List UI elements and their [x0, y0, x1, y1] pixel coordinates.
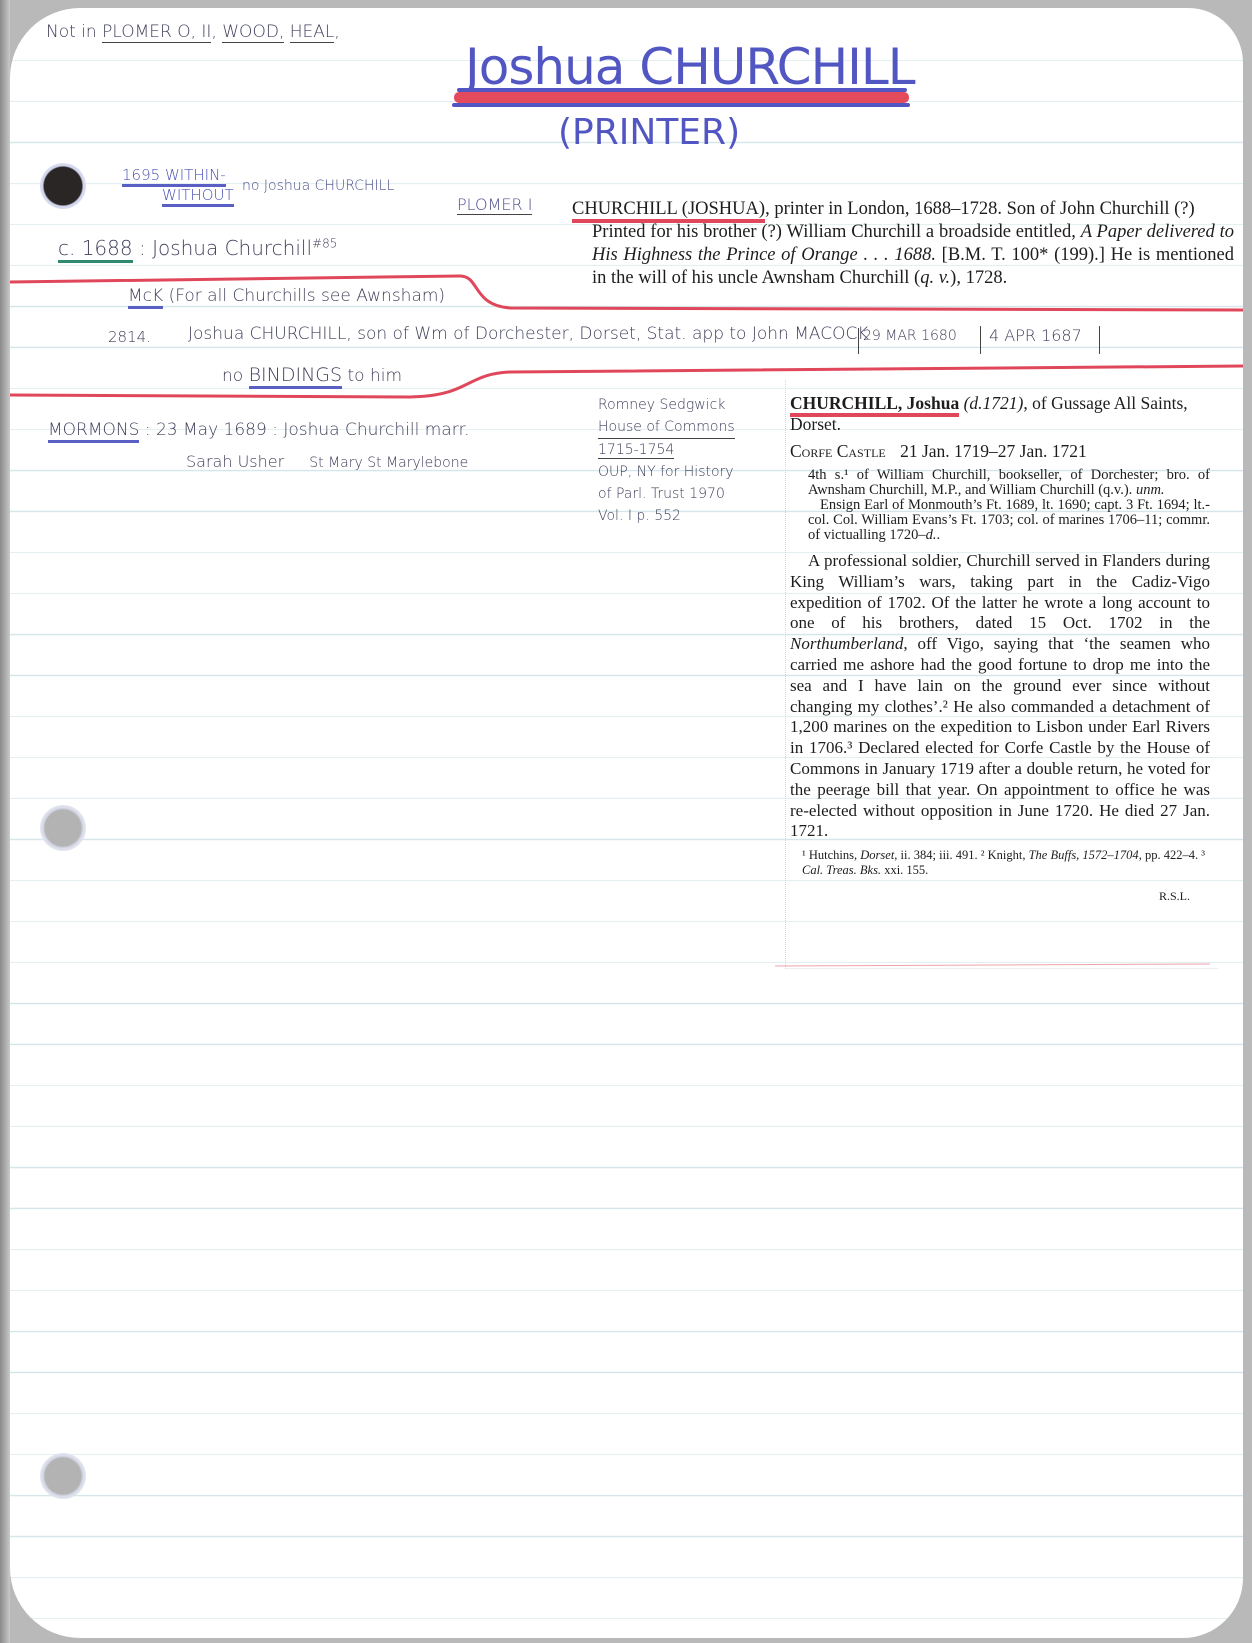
divider-line-lower	[10, 366, 1243, 397]
clipping-bottom-line	[775, 964, 1210, 966]
notebook-page: Not in PLOMER O, II, WOOD, HEAL, Joshua …	[10, 8, 1243, 1638]
divider-line-upper	[10, 276, 1243, 310]
red-divider-lines	[10, 8, 1243, 1638]
binder-edge	[0, 0, 10, 1643]
